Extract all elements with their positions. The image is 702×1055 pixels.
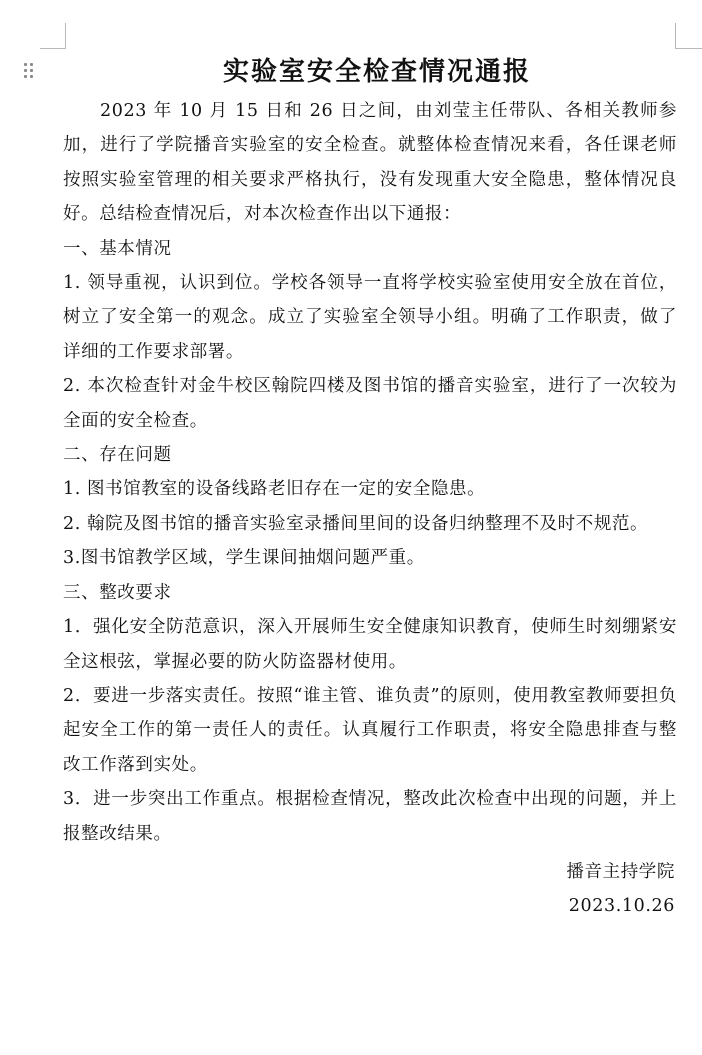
section-heading-basic-situation: 一、基本情况 — [63, 232, 677, 266]
top-left-margin-corner-mark — [40, 23, 66, 49]
drag-handle-dot — [30, 63, 33, 66]
drag-handle-dot — [24, 63, 27, 66]
existing-problems-item-1: 1. 图书馆教室的设备线路老旧存在一定的安全隐患。 — [63, 472, 677, 506]
document-title: 实验室安全检查情况通报 — [63, 52, 677, 92]
document-page[interactable]: 实验室安全检查情况通报 2023 年 10 月 15 日和 26 日之间，由刘莹… — [63, 52, 677, 924]
drag-handle-dot — [30, 69, 33, 72]
signature-organization: 播音主持学院 — [63, 855, 677, 889]
drag-handle-icon[interactable] — [24, 63, 33, 78]
rectification-item-1: 1．强化安全防范意识，深入开展师生安全健康知识教育，使师生时刻绷紧安全这根弦，掌… — [63, 610, 677, 679]
drag-handle-dot — [24, 75, 27, 78]
section-heading-existing-problems: 二、存在问题 — [63, 438, 677, 472]
drag-handle-dot — [24, 69, 27, 72]
basic-situation-item-1: 1. 领导重视，认识到位。学校各领导一直将学校实验室使用安全放在首位，树立了安全… — [63, 266, 677, 369]
rectification-item-3: 3．进一步突出工作重点。根据检查情况，整改此次检查中出现的问题，并上报整改结果。 — [63, 782, 677, 851]
rectification-item-2: 2．要进一步落实责任。按照“谁主管、谁负责”的原则，使用教室教师要担负起安全工作… — [63, 679, 677, 782]
drag-handle-dot — [30, 75, 33, 78]
intro-paragraph: 2023 年 10 月 15 日和 26 日之间，由刘莹主任带队、各相关教师参加… — [63, 94, 677, 232]
basic-situation-item-2: 2. 本次检查针对金牛校区翰院四楼及图书馆的播音实验室，进行了一次较为全面的安全… — [63, 369, 677, 438]
signature-date: 2023.10.26 — [63, 889, 677, 923]
section-heading-rectification-requirements: 三、整改要求 — [63, 576, 677, 610]
existing-problems-item-3: 3.图书馆教学区域，学生课间抽烟问题严重。 — [63, 541, 677, 575]
top-right-margin-corner-mark — [675, 23, 702, 49]
existing-problems-item-2: 2. 翰院及图书馆的播音实验室录播间里间的设备归纳整理不及时不规范。 — [63, 507, 677, 541]
